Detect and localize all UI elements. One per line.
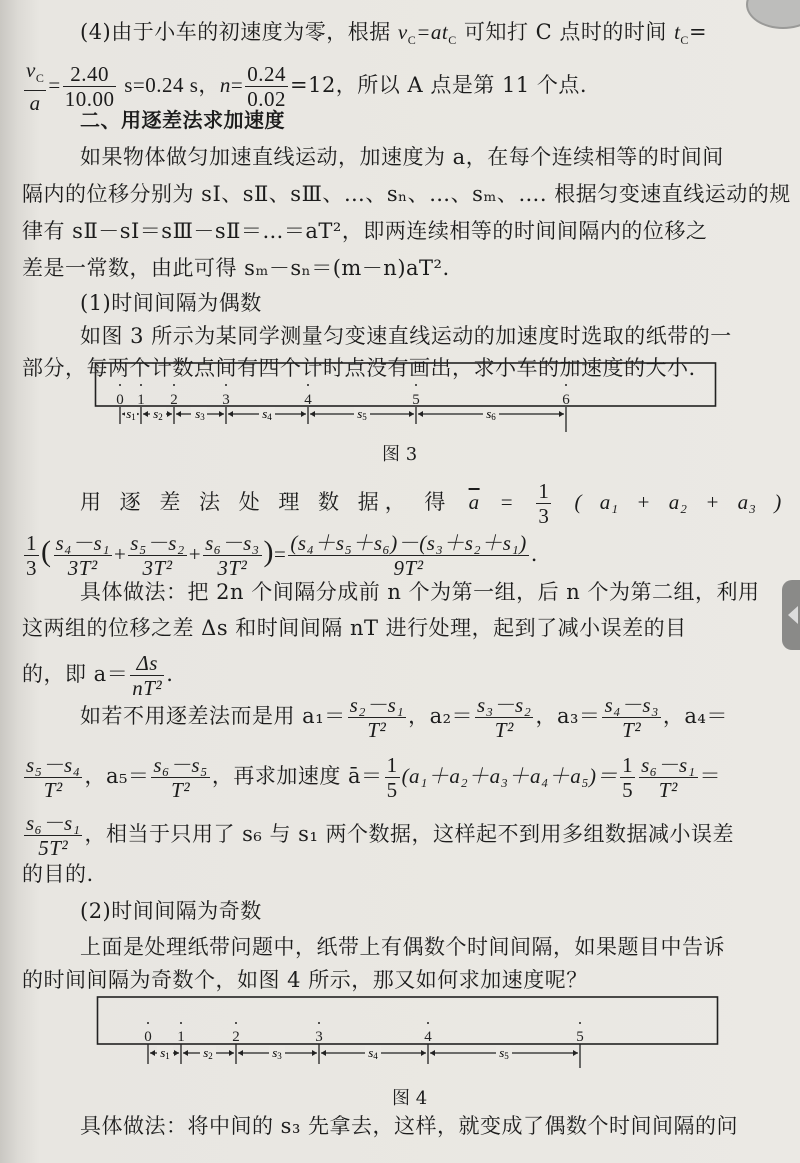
alt-line3: s₆－s₁5T²，相当于只用了 s₆ 与 s₁ 两个数据，这样起不到用多组数据减… [22,808,734,860]
fraction-s6-s1-over-T2: s₆－s₁T² [639,753,697,802]
fraction-s6-s1-over-5T2: s₆－s₁5T² [24,811,82,860]
sub-c: C [680,33,689,47]
text: 如若不用逐差法而是用 a₁＝ [80,704,346,728]
figure-3-caption: 图 3 [382,440,417,466]
sum-a1-a3: ( a₁ + a₂ + a₃ ) = [575,490,800,514]
numerator: s₆－s₁ [24,811,82,836]
svg-text:1: 1 [177,1029,185,1045]
denominator: 9T² [288,556,528,580]
point-1: 1 [137,384,145,408]
fraction-2.40-over-10.00: 2.4010.00 [63,62,117,111]
denominator: 3T² [128,556,186,580]
fraction-s4-s1: s₄－s₁3T² [54,531,112,580]
svg-text:3: 3 [315,1029,323,1045]
numerator: Δs [130,651,164,676]
numerator: s₄－s₁ [54,531,112,556]
point-5: 5 [576,1022,584,1045]
numerator: s₃－s₂ [475,693,533,718]
text: 可知打 C 点时的时间 [457,20,674,44]
sum-a1-a5: (a₁＋a₂＋a₃＋a₄＋a₅)＝ [402,764,619,788]
point-0: 0 [116,384,124,408]
tape-diagram: 0 1 2 3 4 5 [97,996,717,1076]
paragraph-line: 具体做法：把 2n 个间隔分成前 n 个为第一组，后 n 个为第二组，利用 [80,578,760,606]
part4-line1: (4)由于小车的初速度为零，根据 vC=atC 可知打 C 点时的时间 tC= [80,18,707,54]
text: ，再求加速度 ā＝ [212,764,383,788]
fraction-one-third: 13 [536,479,551,528]
calc-line2: 13(s₄－s₁3T²+s₅－s₂3T²+s₆－s₃3T²)=(s₄＋s₅＋s₆… [22,524,538,582]
fraction-0.24-over-0.02: 0.240.02 [245,62,288,111]
text: 的，即 a＝ [22,662,128,686]
denominator: T² [24,778,82,802]
point-3: 3 [222,384,230,408]
fraction-a3: s₄－s₃T² [602,693,660,742]
point-2: 2 [232,1022,240,1045]
denominator: 3 [536,504,551,528]
subheading: (1)时间间隔为偶数 [80,289,262,317]
denominator: 3 [24,556,39,580]
paragraph-line: 如果物体做匀加速直线运动，加速度为 a，在每个连续相等的时间间 [80,143,724,171]
numerator: 0.24 [245,62,288,87]
fraction-big: (s₄＋s₅＋s₆)－(s₃＋s₂＋s₁)9T² [288,531,528,580]
var-v: v [398,20,408,44]
fraction-one-fifth: 15 [385,753,400,802]
a-bar: a [469,490,480,514]
svg-text:2: 2 [232,1029,240,1045]
denominator: 5 [620,778,635,802]
text: ，a₂＝ [408,704,473,728]
denominator: 3T² [203,556,261,580]
fraction-s5-s2: s₅－s₂3T² [128,531,186,580]
eq-at: =at [416,20,448,44]
paragraph-line: 具体做法：将中间的 s₃ 先拿去，这样，就变成了偶数个时间间隔的问 [80,1112,738,1140]
denominator: a [24,91,46,115]
fraction-a4: s₅－s₄T² [24,753,82,802]
denominator: 3T² [54,556,112,580]
calc-line1: 用 逐 差 法 处 理 数 据， 得 a = 13 ( a₁ + a₂ + a₃… [80,478,800,528]
numerator: s₆－s₁ [639,753,697,778]
svg-text:4: 4 [424,1029,432,1045]
svg-text:3: 3 [222,392,230,408]
figure-3-paper-tape: 0 1 2 3 4 5 6 [95,362,715,446]
text: (4)由于小车的初速度为零，根据 [80,20,398,44]
point-5: 5 [412,384,420,408]
denominator: T² [348,718,406,742]
fraction-a5: s₆－s₅T² [151,753,209,802]
numerator: s₆－s₃ [203,531,261,556]
point-1: 1 [177,1022,185,1045]
numerator: vC [24,58,46,91]
denominator: T² [639,778,697,802]
section-heading: 二、用逐差法求加速度 [80,106,285,134]
svg-text:0: 0 [116,392,124,408]
point-4: 4 [424,1022,432,1045]
svg-text:4: 4 [304,392,312,408]
paragraph-line: 的时间间隔为奇数个，如图 4 所示，那又如何求加速度呢？ [22,966,588,994]
text: 用 逐 差 法 处 理 数 据， 得 [80,490,451,514]
denominator: T² [602,718,660,742]
page-corner-decoration [746,0,800,29]
point-4: 4 [304,384,312,408]
paragraph-line: 这两组的位移之差 Δs 和时间间隔 nT 进行处理，起到了减小误差的目 [22,614,687,642]
paragraph-line: 律有 sⅡ－sⅠ＝sⅢ－sⅡ＝…＝aT²，即两连续相等的时间间隔内的位移之 [22,217,707,245]
alt-line2: s₅－s₄T²，a₅＝s₆－s₅T²，再求加速度 ā＝15(a₁＋a₂＋a₃＋a… [22,750,721,802]
sub-c: C [448,33,457,47]
fraction-a2: s₃－s₂T² [475,693,533,742]
paragraph-line: 隔内的位移分别为 sⅠ、sⅡ、sⅢ、…、sₙ、…、sₘ、…. 根据匀变速直线运动… [22,180,791,208]
figure-4-caption: 图 4 [392,1084,427,1110]
svg-text:6: 6 [562,392,570,408]
numerator: 2.40 [63,62,117,87]
text: ，a₄＝ [663,704,728,728]
denominator: 5 [385,778,400,802]
point-2: 2 [170,384,178,408]
sub-c: C [36,71,45,85]
point-0: 0 [144,1022,152,1045]
sub-c: C [408,33,417,47]
numerator: s₄－s₃ [602,693,660,718]
text: ，a₅＝ [84,764,149,788]
numerator: s₆－s₅ [151,753,209,778]
text: ，a₃＝ [535,704,600,728]
svg-text:2: 2 [170,392,178,408]
figure-4-paper-tape: 0 1 2 3 4 5 [97,996,717,1080]
point-3: 3 [315,1022,323,1045]
subheading: (2)时间间隔为奇数 [80,897,262,925]
svg-text:1: 1 [137,392,145,408]
text: ，相当于只用了 s₆ 与 s₁ 两个数据，这样起不到用多组数据减小误差 [84,822,734,846]
numerator: s₅－s₂ [128,531,186,556]
equals: = [689,20,707,44]
tape-diagram: 0 1 2 3 4 5 6 [95,362,715,442]
fraction-s6-s3: s₆－s₃3T² [203,531,261,580]
scanned-page: (4)由于小车的初速度为零，根据 vC=atC 可知打 C 点时的时间 tC= … [0,0,800,1163]
paragraph-line: 如图 3 所示为某同学测量匀变速直线运动的加速度时选取的纸带的一 [80,322,732,350]
denominator: 5T² [24,836,82,860]
numerator: 1 [385,753,400,778]
equals: ＝ [700,764,722,788]
fraction-one-fifth: 15 [620,753,635,802]
denominator: T² [151,778,209,802]
numerator: s₅－s₄ [24,753,82,778]
var-n: n [220,73,231,97]
svg-text:0: 0 [144,1029,152,1045]
numerator: 1 [536,479,551,504]
numerator: (s₄＋s₅＋s₆)－(s₃＋s₂＋s₁) [288,531,528,556]
fraction-vc-over-a: vCa [24,58,46,115]
text: s=0.24 s， [118,73,219,97]
text: v [26,58,36,82]
page-side-tab-arrow-icon[interactable] [782,580,800,650]
alt-line1: 如若不用逐差法而是用 a₁＝s₂－s₁T²，a₂＝s₃－s₂T²，a₃＝s₄－s… [80,690,728,742]
text: =12，所以 A 点是第 11 个点. [290,73,587,97]
numerator: 1 [620,753,635,778]
fraction-a1: s₂－s₁T² [348,693,406,742]
fraction-one-third: 13 [24,531,39,580]
paragraph-line: 差是一常数，由此可得 sₘ－sₙ＝(m－n)aT². [22,254,450,282]
paragraph-line: 上面是处理纸带问题中，纸带上有偶数个时间间隔，如果题目中告诉 [80,933,725,961]
point-6: 6 [562,384,570,408]
svg-text:5: 5 [576,1029,584,1045]
paragraph-line: 的目的. [22,860,94,888]
numerator: s₂－s₁ [348,693,406,718]
equals: = [501,490,513,514]
denominator: T² [475,718,533,742]
numerator: 1 [24,531,39,556]
svg-text:5: 5 [412,392,420,408]
